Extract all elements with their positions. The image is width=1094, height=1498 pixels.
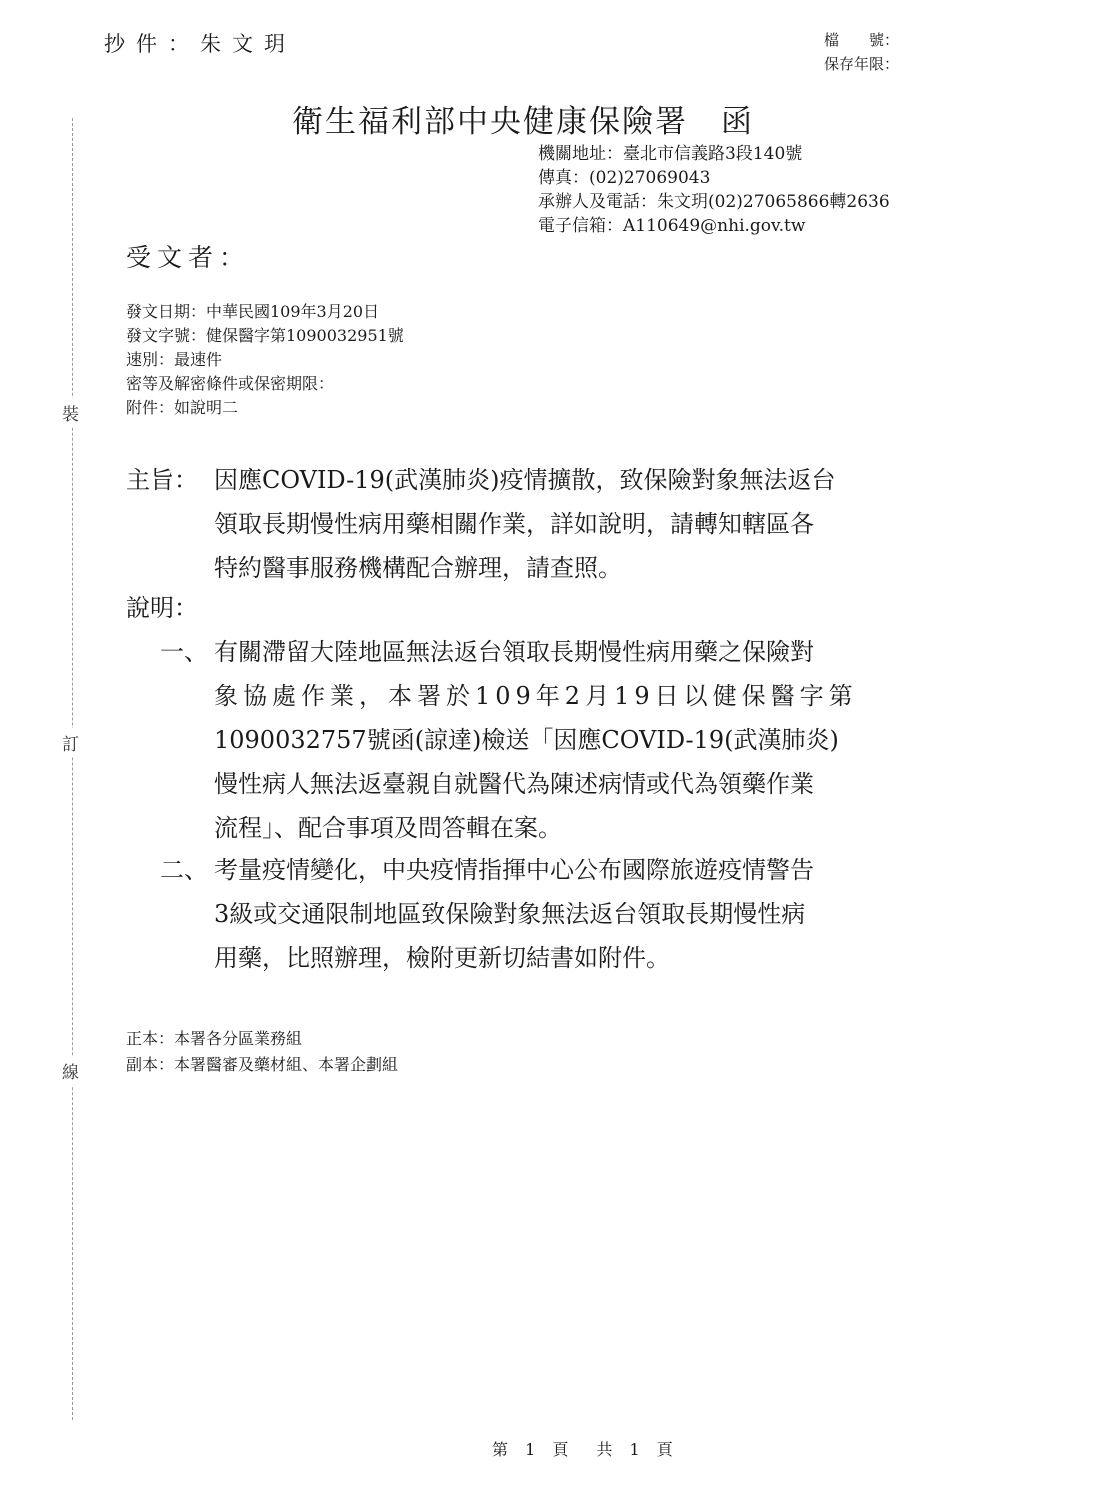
contact-fax: 傳真：(02)27069043 xyxy=(538,166,890,190)
file-info: 檔 號： 保存年限： xyxy=(824,28,899,76)
item-line: 用藥，比照辦理，檢附更新切結書如附件。 xyxy=(214,936,814,980)
binding-mark-ding: 訂 xyxy=(62,728,79,757)
item-line: 象協處作業，本署於109年2月19日以健保醫字第 xyxy=(214,674,858,718)
subject-label: 主旨： xyxy=(126,458,198,502)
item-line: 流程」、配合事項及問答輯在案。 xyxy=(214,806,858,850)
contact-address: 機關地址：臺北市信義路3段140號 xyxy=(538,142,890,166)
copy-to: 抄件：朱文玥 xyxy=(104,28,296,58)
file-number-label: 檔 號： xyxy=(824,28,899,52)
item-line: 3級或交通限制地區致保險對象無法返台領取長期慢性病 xyxy=(214,892,814,936)
copy-recipients: 副本：本署醫審及藥材組、本署企劃組 xyxy=(126,1052,398,1078)
meta-block: 發文日期：中華民國109年3月20日 發文字號：健保醫字第1090032951號… xyxy=(126,300,404,420)
issue-date: 發文日期：中華民國109年3月20日 xyxy=(126,300,404,324)
attachment-note: 附件：如說明二 xyxy=(126,396,404,420)
contact-handler: 承辦人及電話：朱文玥(02)27065866轉2636 xyxy=(538,190,890,214)
item-text: 考量疫情變化，中央疫情指揮中心公布國際旅遊疫情警告 3級或交通限制地區致保險對象… xyxy=(214,848,814,980)
recipient-label: 受文者： xyxy=(126,238,250,274)
item-line: 考量疫情變化，中央疫情指揮中心公布國際旅遊疫情警告 xyxy=(214,848,814,892)
item-line: 1090032757號函(諒達)檢送「因應COVID-19(武漢肺炎) xyxy=(214,718,858,762)
retention-label: 保存年限： xyxy=(824,52,899,76)
item-number: 一、 xyxy=(160,630,208,674)
binding-mark-zhuang: 裝 xyxy=(62,398,79,427)
secrecy-level: 密等及解密條件或保密期限： xyxy=(126,372,404,396)
item-line: 慢性病人無法返臺親自就醫代為陳述病情或代為領藥作業 xyxy=(214,762,858,806)
page-number: 第 1 頁 共 1 頁 xyxy=(492,1437,679,1460)
item-number: 二、 xyxy=(160,848,208,892)
original-recipients: 正本：本署各分區業務組 xyxy=(126,1026,398,1052)
binding-dashed-line xyxy=(72,118,73,1420)
binding-mark-xian: 線 xyxy=(62,1056,79,1085)
contact-block: 機關地址：臺北市信義路3段140號 傳真：(02)27069043 承辦人及電話… xyxy=(538,142,890,238)
distribution-block: 正本：本署各分區業務組 副本：本署醫審及藥材組、本署企劃組 xyxy=(126,1026,398,1078)
item-line: 有關滯留大陸地區無法返台領取長期慢性病用藥之保險對 xyxy=(214,630,858,674)
document-title: 衛生福利部中央健康保險署 函 xyxy=(292,96,754,141)
item-text: 有關滯留大陸地區無法返台領取長期慢性病用藥之保險對 象協處作業，本署於109年2… xyxy=(214,630,858,850)
speed-class: 速別：最速件 xyxy=(126,348,404,372)
explanation-label: 說明： xyxy=(126,588,198,623)
subject-line: 特約醫事服務機構配合辦理，請查照。 xyxy=(214,546,974,590)
subject-body: 因應COVID-19(武漢肺炎)疫情擴散，致保險對象無法返台 領取長期慢性病用藥… xyxy=(214,458,974,590)
contact-email: 電子信箱：A110649@nhi.gov.tw xyxy=(538,214,890,238)
subject-line: 領取長期慢性病用藥相關作業，詳如說明，請轉知轄區各 xyxy=(214,502,974,546)
document-number: 發文字號：健保醫字第1090032951號 xyxy=(126,324,404,348)
subject-line: 因應COVID-19(武漢肺炎)疫情擴散，致保險對象無法返台 xyxy=(214,458,974,502)
